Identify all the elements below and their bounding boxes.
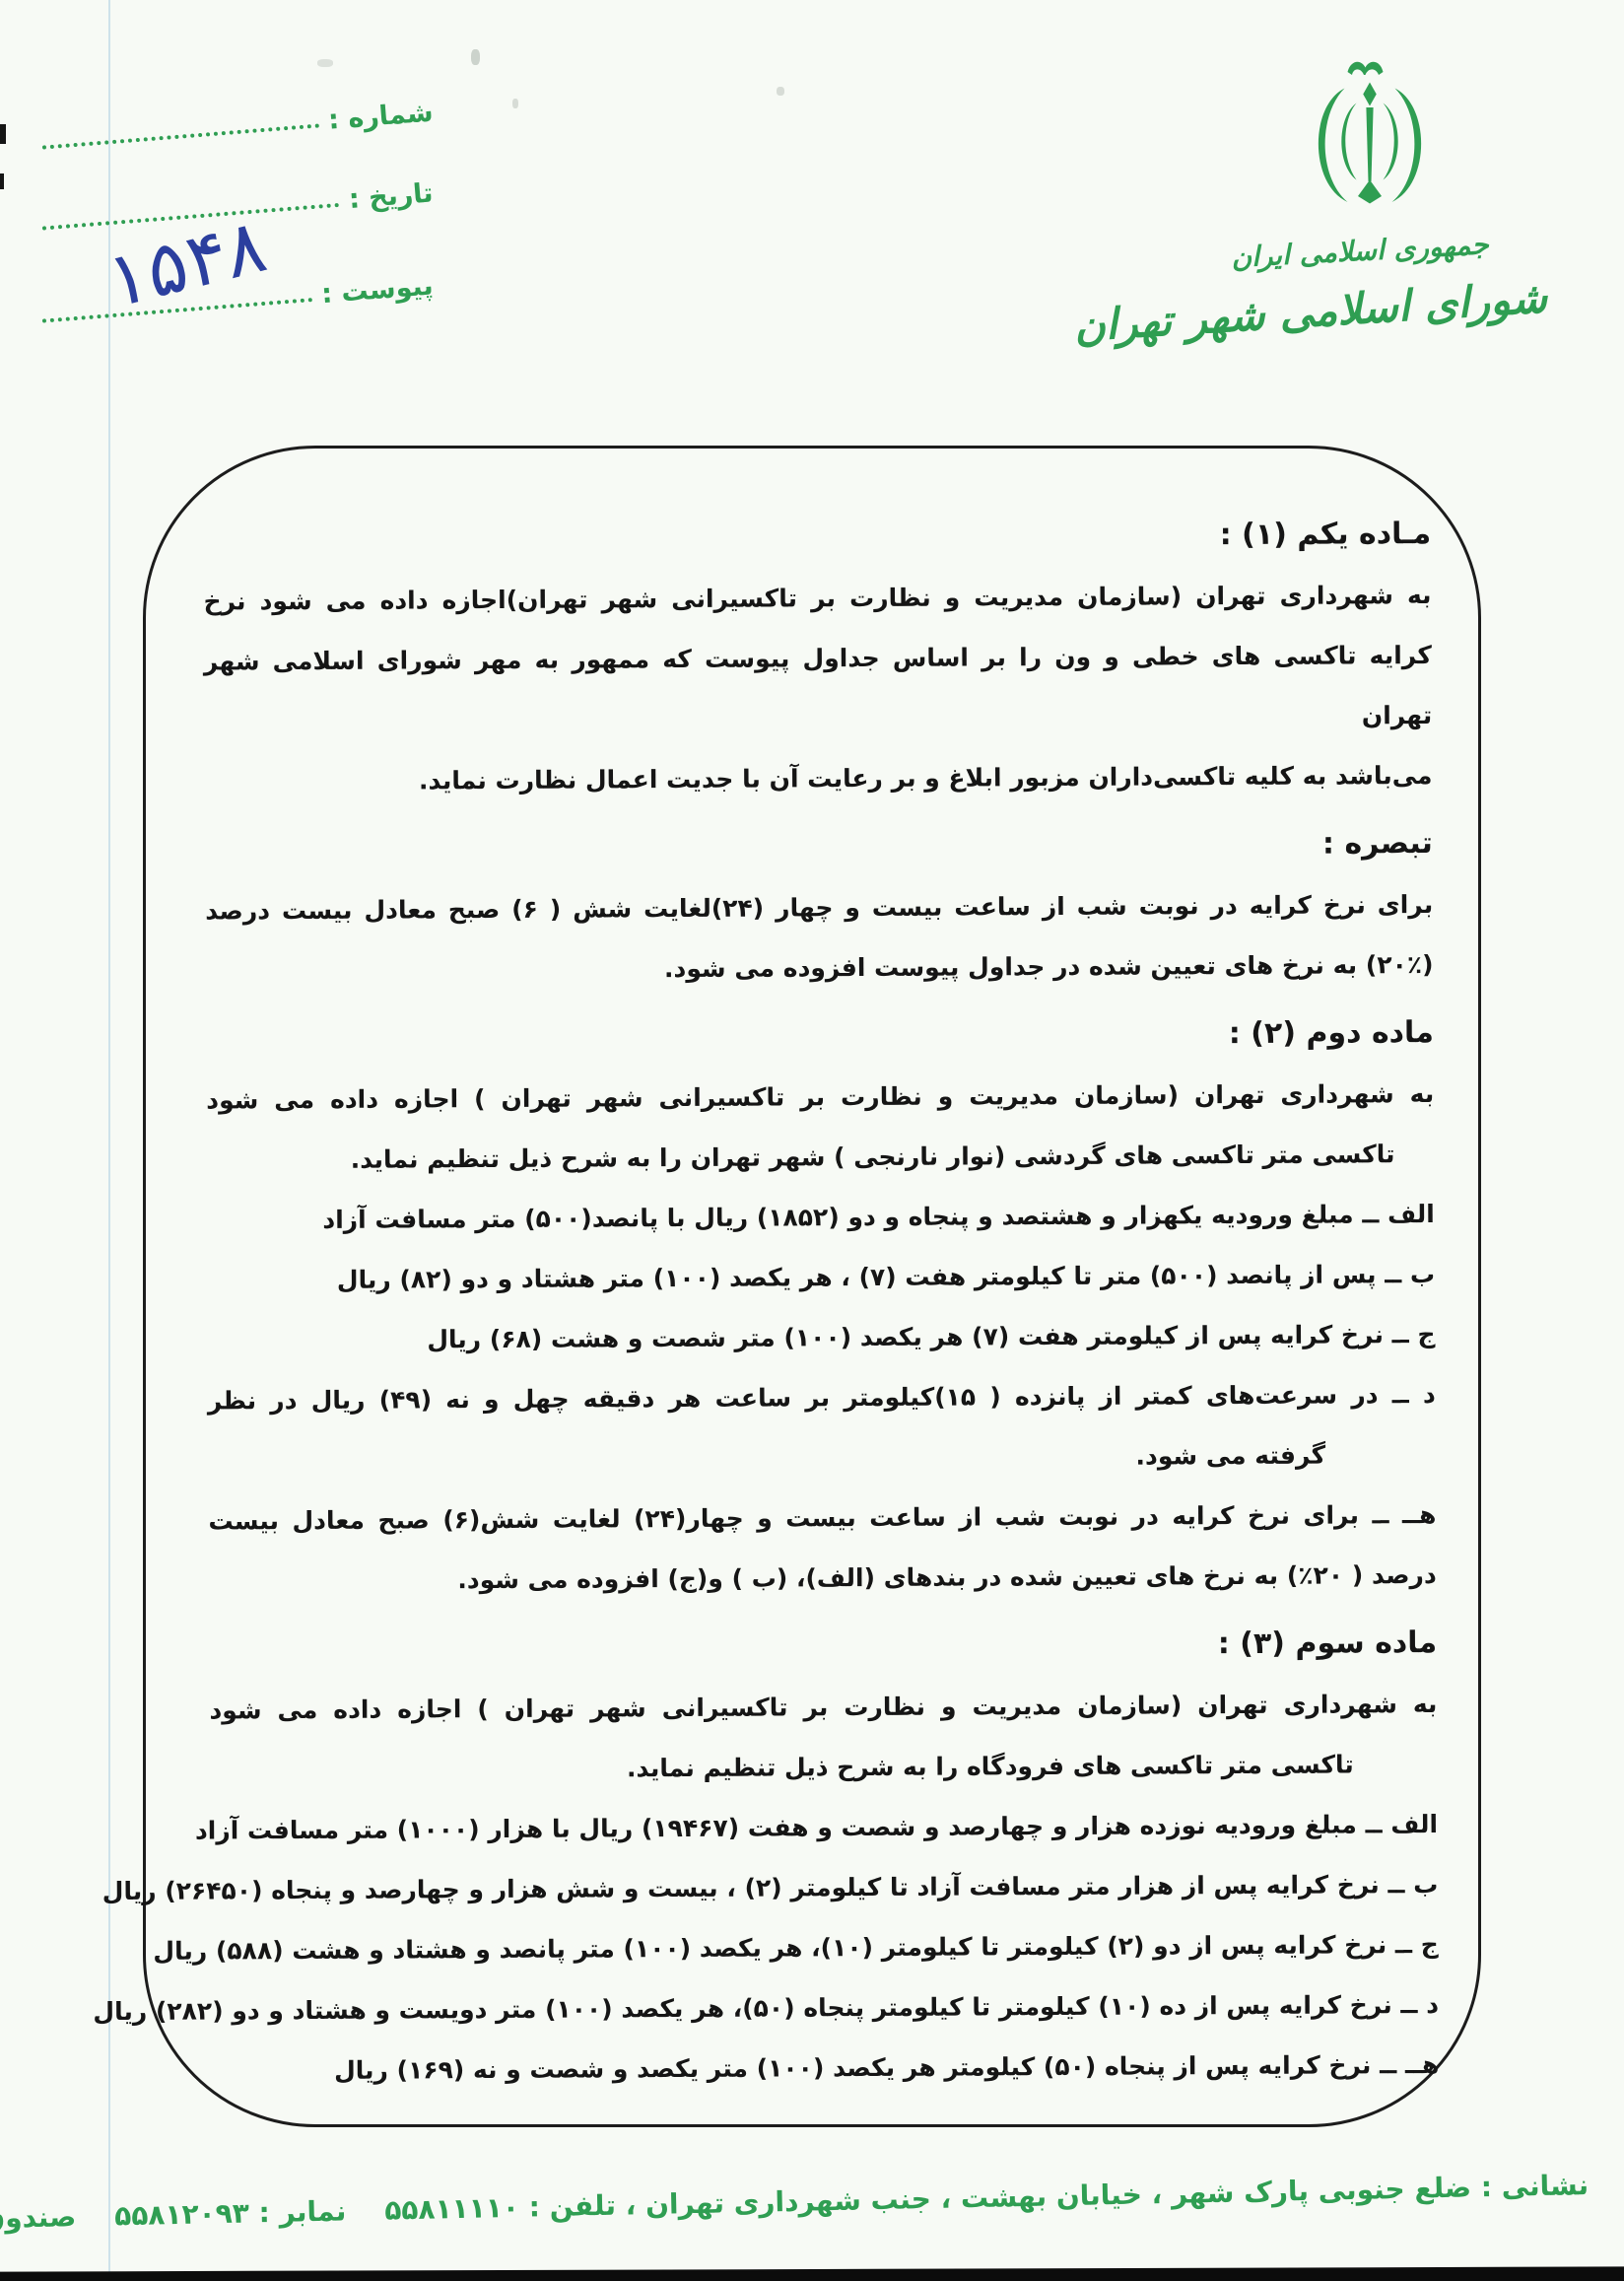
body-line: د ــ نرخ کرایه پس از ده (۱۰) کیلومتر تا … — [211, 1974, 1439, 2041]
body-line: ج ــ نرخ کرایه پس از کیلومتر هفت (۷) هر … — [207, 1304, 1435, 1371]
body-line: الف ــ مبلغ ورودیه یکهزار و هشتصد و پنجا… — [207, 1184, 1435, 1251]
body-line: گرفته می شود. — [208, 1425, 1325, 1491]
scanned-letter-page: شماره : تاریخ : پیوست : ۱۵۴۸ جمه — [0, 0, 1624, 2281]
body-line: الف ــ مبلغ ورودیه نوزده هزار و چهارصد و… — [210, 1794, 1438, 1861]
field-date-label: تاریخ : — [348, 177, 435, 215]
body-line: ج ــ نرخ کرایه پس از دو (۲) کیلومتر تا ک… — [211, 1914, 1439, 1981]
scan-artifact — [512, 99, 518, 108]
field-attachment-label: پیوست : — [320, 270, 435, 310]
scan-edge-mark — [0, 124, 6, 144]
body-line: درصد ( ۲۰٪) به نرخ های تعیین شده در بنده… — [209, 1545, 1437, 1612]
body-line: هــ ــ نرخ کرایه پس از پنجاه (۵۰) کیلومت… — [211, 2035, 1439, 2102]
document-body: مـاده یکم (۱) : به شهرداری تهران (سازمان… — [203, 496, 1439, 2102]
body-line: تاکسی متر تاکسی های گردشی (نوار نارنجی )… — [206, 1124, 1394, 1190]
scan-edge-mark — [0, 173, 4, 189]
scan-bottom-strip — [0, 2266, 1624, 2281]
body-line: تاکسی متر تاکسی های فرودگاه را به شرح ذی… — [210, 1734, 1354, 1800]
footer-address: نشانی : ضلع جنوبی پارک شهر ، خیابان بهشت… — [0, 2169, 1589, 2242]
body-line: می‌باشد به کلیه تاکسی‌داران مزبور ابلاغ … — [204, 745, 1432, 812]
section-heading-article-3: ماده سوم (۳) : — [209, 1613, 1437, 1681]
section-heading-note: تبصره : — [205, 813, 1433, 881]
section-heading-article-1: مـاده یکم (۱) : — [203, 504, 1431, 572]
field-number-row: شماره : — [40, 97, 434, 158]
scan-artifact — [317, 59, 333, 67]
body-line: ب ــ پس از پانصد (۵۰۰) متر تا کیلومتر هف… — [207, 1244, 1435, 1311]
body-line: به شهرداری تهران (سازمان مدیریت و نظارت … — [206, 1064, 1434, 1131]
body-line: به شهرداری تهران (سازمان مدیریت و نظارت … — [209, 1674, 1437, 1741]
header-council-title: شورای اسلامی شهر تهران — [1044, 272, 1578, 354]
body-line: کرایه تاکسی های خطی و ون را بر اساس جداو… — [204, 625, 1433, 752]
dotted-leader — [42, 124, 319, 150]
field-number-label: شماره : — [327, 97, 435, 135]
body-line: ب ــ نرخ کرایه پس از هزار متر مسافت آزاد… — [210, 1854, 1438, 1921]
body-line: هــ ــ برای نرخ کرایه در نوبت شب از ساعت… — [208, 1485, 1436, 1552]
body-line: د ــ در سرعت‌های کمتر از پانزده ( ۱۵)کیل… — [208, 1364, 1436, 1431]
body-line: به شهرداری تهران (سازمان مدیریت و نظارت … — [203, 565, 1431, 632]
iran-emblem-icon — [1281, 51, 1458, 246]
scan-artifact — [471, 49, 480, 65]
article-border-box: مـاده یکم (۱) : به شهرداری تهران (سازمان… — [143, 446, 1481, 2127]
body-line: برای نرخ کرایه در نوبت شب از ساعت بیست و… — [205, 874, 1433, 941]
scan-artifact — [777, 87, 784, 96]
section-heading-article-2: ماده دوم (۲) : — [206, 1002, 1434, 1071]
body-line: (۲۰٪) به نرخ های تعیین شده در جداول پیوس… — [205, 934, 1433, 1002]
